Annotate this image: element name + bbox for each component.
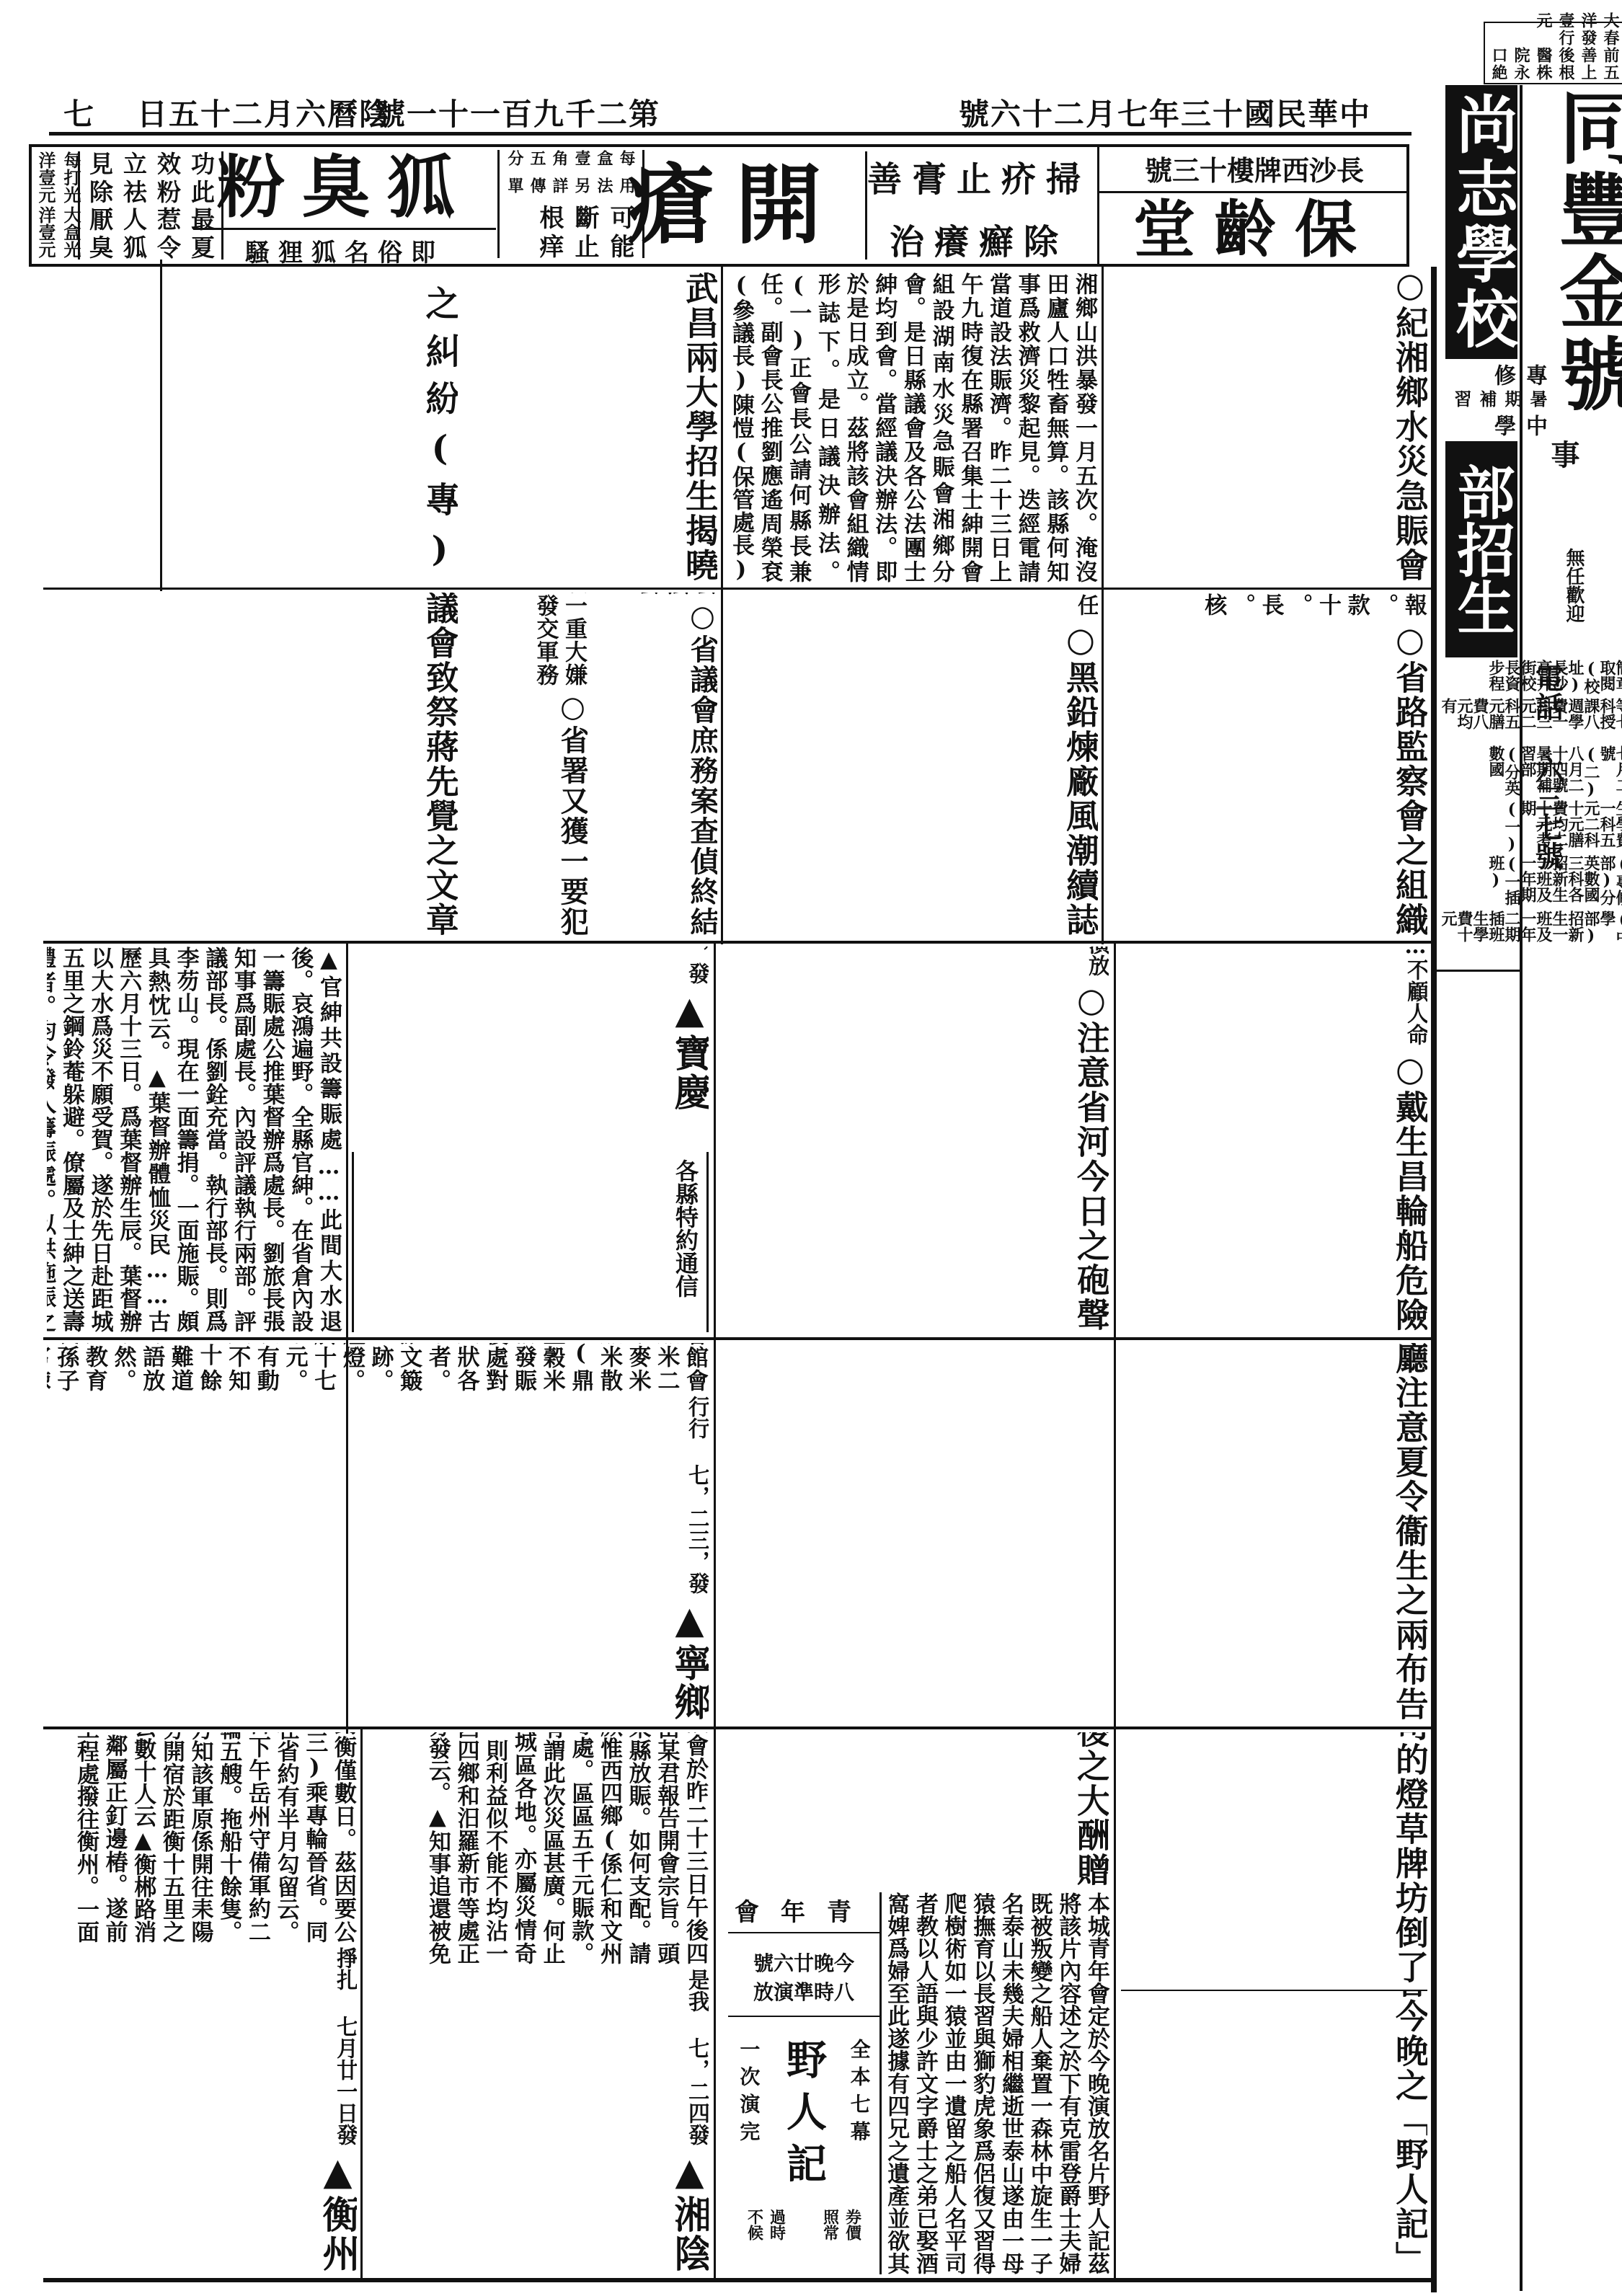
section-label-county: 各縣特約通信: [352, 1152, 709, 1332]
article-headline: ○省署又獲一要犯: [461, 690, 588, 937]
town-name: ▲衡州: [47, 2150, 357, 2273]
school-name: 尚志學校: [1445, 85, 1517, 359]
sidebar-rule: [1435, 970, 1520, 972]
row-rule-4: [43, 1727, 1431, 1729]
school-type: 專修: [1449, 364, 1550, 386]
school-type: 暑期補習: [1449, 390, 1550, 410]
huchou-price-line: 大盒光洋壹元: [33, 206, 84, 260]
youth-ad-time-1: 今晚廿六號: [728, 1948, 879, 1977]
school-details: (中學部)招新生一班及一年二期插班生學費十元 (專修部)分英數國三科各招新生一班…: [1440, 660, 1622, 955]
article-lead-factory: ○黑鉛煉廠風潮續誌 鄧廠長慰留各主任 黑鉛煉廠因更換烘砂鍋主任吳焜。另以該廠化驗…: [727, 593, 1098, 937]
article-xiangxiang-relief: ○紀湘鄉水災急賑會 湘鄉山洪暴發一月五次。淹沒田廬人口牲畜無算。該縣何知事爲救濟…: [1107, 272, 1427, 582]
row-rule-3: [43, 1337, 1431, 1340]
notice-line: 壹中春發行: [1488, 30, 1622, 45]
detail-line: 生學費一科五元二科十元膳費均二十元考期(一): [1440, 800, 1622, 854]
town-dateline: 掙扎 七月廿一日發: [47, 1947, 357, 2145]
sidebar-notice-box: 啓嘏五上根株永絶 分設前善後醫院口 壹中春發行 每包大洋壹元: [1484, 22, 1622, 84]
kaichuang-name: 開瘡: [613, 144, 858, 267]
article-headline: ○一家牛乳公司的燈草牌坊倒了: [1121, 1732, 1427, 1985]
article-headline: ○陶李二頁人同殿後之糾紛(專): [47, 272, 458, 582]
county-baoqing: 各縣特約通信 ▲寶慶 一得 七，二十一，發 ▲官紳共設籌賑處……此間大水退後。哀…: [352, 947, 709, 1332]
article-headline: ○省路監察會之組織: [1107, 620, 1427, 937]
huchou-line: 功效立見: [83, 151, 218, 177]
kaichuang-line: 用法另詳傳單: [504, 177, 638, 200]
huchou-line: 最惹人厭: [83, 207, 218, 232]
article-subhead: 鄧廠長慰留各主任: [727, 593, 1098, 616]
article-xiangtan-relief: ○湘潭籌賑後之大酬贈 ▲晏福秋更捐洋百元 湘潭水災。前由旅省人士舉行遊藝會。籌款…: [719, 1732, 1109, 1887]
article-headline: ○省議會庶務案查偵終結: [591, 599, 717, 937]
baoling-slogan-2: 除癬癢治: [867, 214, 1091, 264]
town-dateline: 一得 七，二十一，發: [352, 947, 709, 984]
detail-line: (專修部)分英數國三科各招新生一班及一年期(一插班): [1440, 855, 1622, 908]
article-headline: ○湘潭籌賑後之大酬贈: [719, 1732, 1109, 1887]
kaichuang-line: 能止痒: [504, 234, 638, 258]
bottom-rule: [43, 2278, 1431, 2282]
youth-ad-reels: 全本七幕: [845, 2039, 874, 2194]
youth-ad-time-2: 八時準演放: [728, 1977, 879, 2017]
town-body: ▲急賑會支配賑款問題……該會於昨二十三日午後四時開會。到會的約十數人。當由某君報…: [449, 1732, 709, 1964]
town-body: ▲唐師長到省……唐師長由永到衡僅數日。茲因要公須與省長面商。定於明日(二十三)乘…: [133, 1732, 357, 1943]
col-rule-a: [1102, 267, 1104, 944]
article-police-notices: ○警廳注意夏令衞生之兩布告 ▲搓涼粉……西瓜……冷沙水……灌水肉 省會警察廳長劉…: [719, 1343, 1427, 1721]
article-tao-li-dispute: ○陶李二頁人同殿後之糾紛(專) ▲教育會損失賠償問題─新聞公說要歸照相人負責─警…: [47, 272, 458, 582]
notice-line: 啓嘏五上根株永絶: [1488, 64, 1622, 80]
article-road-supervision: ○省路監察會之組織 省路總局。現正在進行。已誌報端。茲吳內務司長爲昭愼重起見。擬…: [1107, 593, 1427, 937]
town-dateline: 是我 七，二四發: [366, 1969, 709, 2145]
baoling-address: 長沙西牌樓十三號: [1099, 147, 1409, 193]
sidebar-welcome: 無任歡迎: [1561, 548, 1587, 623]
masthead-rule: [49, 132, 1412, 136]
article-dai-shengchang: ○戴生昌輪船危險 ……祇管要錢……不顧人命 小輪貪載。縣有禁令。乃水警第一區第二…: [1121, 947, 1427, 1332]
article-headline: ○注意省河今日之砲聲: [719, 980, 1109, 1332]
col-rule-e: [714, 941, 716, 2282]
detail-line: 七月二號(二)八月二十四號暑期補習部(分英數國: [1440, 745, 1622, 799]
gregorian-date: 中華民國十三年七月二十六號: [959, 91, 1371, 134]
article-wuchang-exam: ○武昌兩大學招生揭曉 教育司代考武昌師大商大兩校學生。前已將試卷。評定甲乙。取錄…: [461, 272, 717, 582]
youth-ad-extra: 過時不候: [744, 2209, 789, 2252]
kaichuang-line: 每盒壹角五分: [504, 150, 638, 173]
kaichuang-details: 能止痒 可斷根 用法另詳傳單 每盒壹角五分: [497, 150, 644, 258]
col-rule-g: [360, 1727, 363, 2282]
article-headline: ○武昌兩大學招生揭曉: [461, 272, 717, 582]
detail-line: 簡章取閱(校址)長沙高井街校長資步程: [1440, 660, 1622, 696]
youth-ad-note: 一次演完: [734, 2039, 763, 2194]
town-name: ▲寶慶: [352, 988, 709, 1112]
sidebar-big-sub: 事: [1543, 440, 1584, 469]
huchou-slogans: 夏令狐臭 最惹人厭 此粉祛除 功效立見: [78, 151, 223, 260]
article-subhead: ▲英兵艦每逢星期六演放: [719, 947, 1109, 976]
huchou-line: 夏令狐臭: [83, 235, 218, 260]
article-provincial-assembly-case: ○省議會庶務案查偵終結 省議會告訴該會庶務員衍涉侵佔公款一案。業經長沙初級檢察廳…: [591, 593, 717, 937]
article-headline: ○黑鉛煉廠風潮續誌: [727, 620, 1098, 937]
baoling-slogan: 掃疥止膏善 除癬癢治: [865, 151, 1091, 260]
huchou-price: 大盒光洋壹元 每打光洋壹元: [33, 151, 84, 260]
recruit-label: 部招生: [1445, 441, 1517, 657]
article-milk-company: ○一家牛乳公司的燈草牌坊倒了 ……有人告發他賣假漁利 昨有嶽雲中學教務主任宋君煥…: [1121, 1732, 1427, 1985]
school-type: 中學: [1449, 415, 1550, 436]
youth-ad-price: 券價照常: [820, 2209, 864, 2252]
huchou-line: 此粉祛除: [83, 179, 218, 205]
lunar-date: 陰曆六月二十五日: [137, 91, 391, 134]
notice-line: 分設前善後醫院口: [1488, 47, 1622, 63]
town-dateline: 行行 七，二三，發: [47, 1396, 709, 1594]
county-baoqing-cont: ▲官紳共設籌賑處……此間大水退後。哀鴻遍野。全縣官紳。在省倉內設一籌賑處公推葉督…: [47, 947, 342, 1332]
article-body: 省路總局。現正在進行。已誌報端。茲吳內務司長爲昭愼重起見。擬在總局內設一監察會。…: [1168, 593, 1427, 616]
issue-number: 第二千九百一十一號: [375, 91, 660, 134]
article-youth-association: ○青年會今晚之「野人記」 本城青年會定於今晚演放名片野人記茲將該片內容述之於下有…: [1121, 1990, 1427, 2276]
article-youth-association-cont: 本城青年會定於今晚演放名片野人記茲將該片內容述之於下有克雷登爵士夫婦既被叛變之船…: [885, 1892, 1110, 2274]
row-rule-2: [43, 941, 1431, 944]
huchou-ad: 狐臭粉 即俗名狐狸騷: [193, 147, 496, 264]
county-ningxiang: ▲寧鄉 行行 七，二三，發 ▲運到大批賑米……南縣甯鄉會館會董張樹人君。於今日到…: [47, 1343, 709, 1721]
notice-line: 每包大洋壹元: [1488, 12, 1622, 28]
article-body: 省議會告訴該會庶務員衍涉侵佔公款一案。業經長沙初級檢察廳依法偵查終結。於七月十五…: [631, 593, 717, 595]
article-headline: ○紀湘鄉水災急賑會: [1107, 272, 1427, 582]
article-body-cont: 本城青年會定於今晚演放名片野人記茲將該片內容述之於下有克雷登爵士夫婦既被叛變之船…: [885, 1892, 1110, 2274]
page-number: 七: [63, 91, 95, 134]
article-subhead: ……祇管要錢……不顧人命: [1121, 947, 1427, 1045]
county-xiangyin: ▲湘陰 是我 七，二四發 ▲急賑會支配賑款問題……該會於昨二十三日午後四時開會。…: [366, 1732, 709, 2273]
article-jiang-memorial: ○省議會致祭蔣先覺之文章 ▲隱痛殊忱躍躍紙上 新田省議員蔣先覺病故。省議會正副議…: [47, 593, 458, 937]
youth-ad-film: 野人記: [775, 2039, 833, 2194]
row-rule-1: [43, 588, 1431, 590]
town-name: ▲湘陰: [366, 2150, 709, 2273]
youth-film-ad: 青年會 今晚廿六號 八時準演放 全本七幕 野人記 一次演完 券價照常 過時不候: [728, 1892, 882, 2274]
article-xiangxiang-relief-cont: 湘鄉山洪暴發一月五次。淹沒田廬人口牲畜無算。該縣何知事爲救濟災黎起見。迭經電請當…: [727, 272, 1098, 582]
main-right-border: [1431, 267, 1437, 2292]
article-headline: ○戴生昌輪船危險: [1121, 1050, 1427, 1332]
article-body-cont: 湘鄉山洪暴發一月五次。淹沒田廬人口牲畜無算。該縣何知事爲救濟災黎起見。迭經電請當…: [727, 272, 1098, 582]
article-body: 趙省長昨派隊在城外捕獲一重大嫌疑人犯李紹白一人帶署。發交軍務司第五科收押訊辦矣。: [501, 593, 588, 686]
col-rule-b: [721, 267, 723, 944]
detail-line: (中學部)招新生一班及一年二期插班生學費十元: [1440, 910, 1622, 955]
kaichuang-line: 可斷根: [504, 205, 638, 229]
huchou-subtitle: 即俗名狐狸騷: [193, 230, 496, 268]
county-hengzhou: ▲衡州 掙扎 七月廿一日發 ▲唐師長到省……唐師長由永到衡僅數日。茲因要公須與省…: [47, 1732, 357, 2273]
school-types: 中學 暑期補習 專修: [1449, 364, 1550, 436]
huchou-price-line: 每打光洋壹元: [33, 151, 84, 205]
huchou-name: 狐臭粉: [193, 147, 496, 230]
town-body: ▲運到大批賑米……南縣甯鄉會館會董張樹人君。於今日到縣運來賑米二百石。同時尚有朱…: [132, 1343, 709, 1391]
baoling-name: 保齡堂: [1099, 193, 1409, 267]
article-headline: ○警廳注意夏令衞生之兩布告: [719, 1343, 1427, 1721]
article-river-cannon: ○注意省河今日之砲聲 ▲英兵艦每逢星期六演放 日前省河發現英國兵艦砲聲。當由商埠…: [719, 947, 1109, 1332]
town-name: ▲寧鄉: [47, 1598, 709, 1721]
detail-line: 等七科授課八週學費一科三元二科五元膳費八元均有: [1440, 698, 1622, 744]
baoling-ad: 長沙西牌樓十三號 保齡堂: [1097, 147, 1409, 264]
youth-ad-org: 青年會: [728, 1892, 879, 1933]
article-headline: ○青年會今晚之「野人記」: [1121, 1990, 1427, 2276]
article-headline: ○省議會致祭蔣先覺之文章: [47, 593, 458, 937]
baoling-slogan-1: 掃疥止膏善: [867, 151, 1091, 201]
town-body-cont: ▲官紳共設籌賑處……此間大水退後。哀鴻遍野。全縣官紳。在省倉內設一籌賑處公推葉督…: [47, 947, 342, 1332]
article-arrest: ○省署又獲一要犯 趙省長昨派隊在城外捕獲一重大嫌疑人犯李紹白一人帶署。發交軍務司…: [461, 593, 588, 937]
